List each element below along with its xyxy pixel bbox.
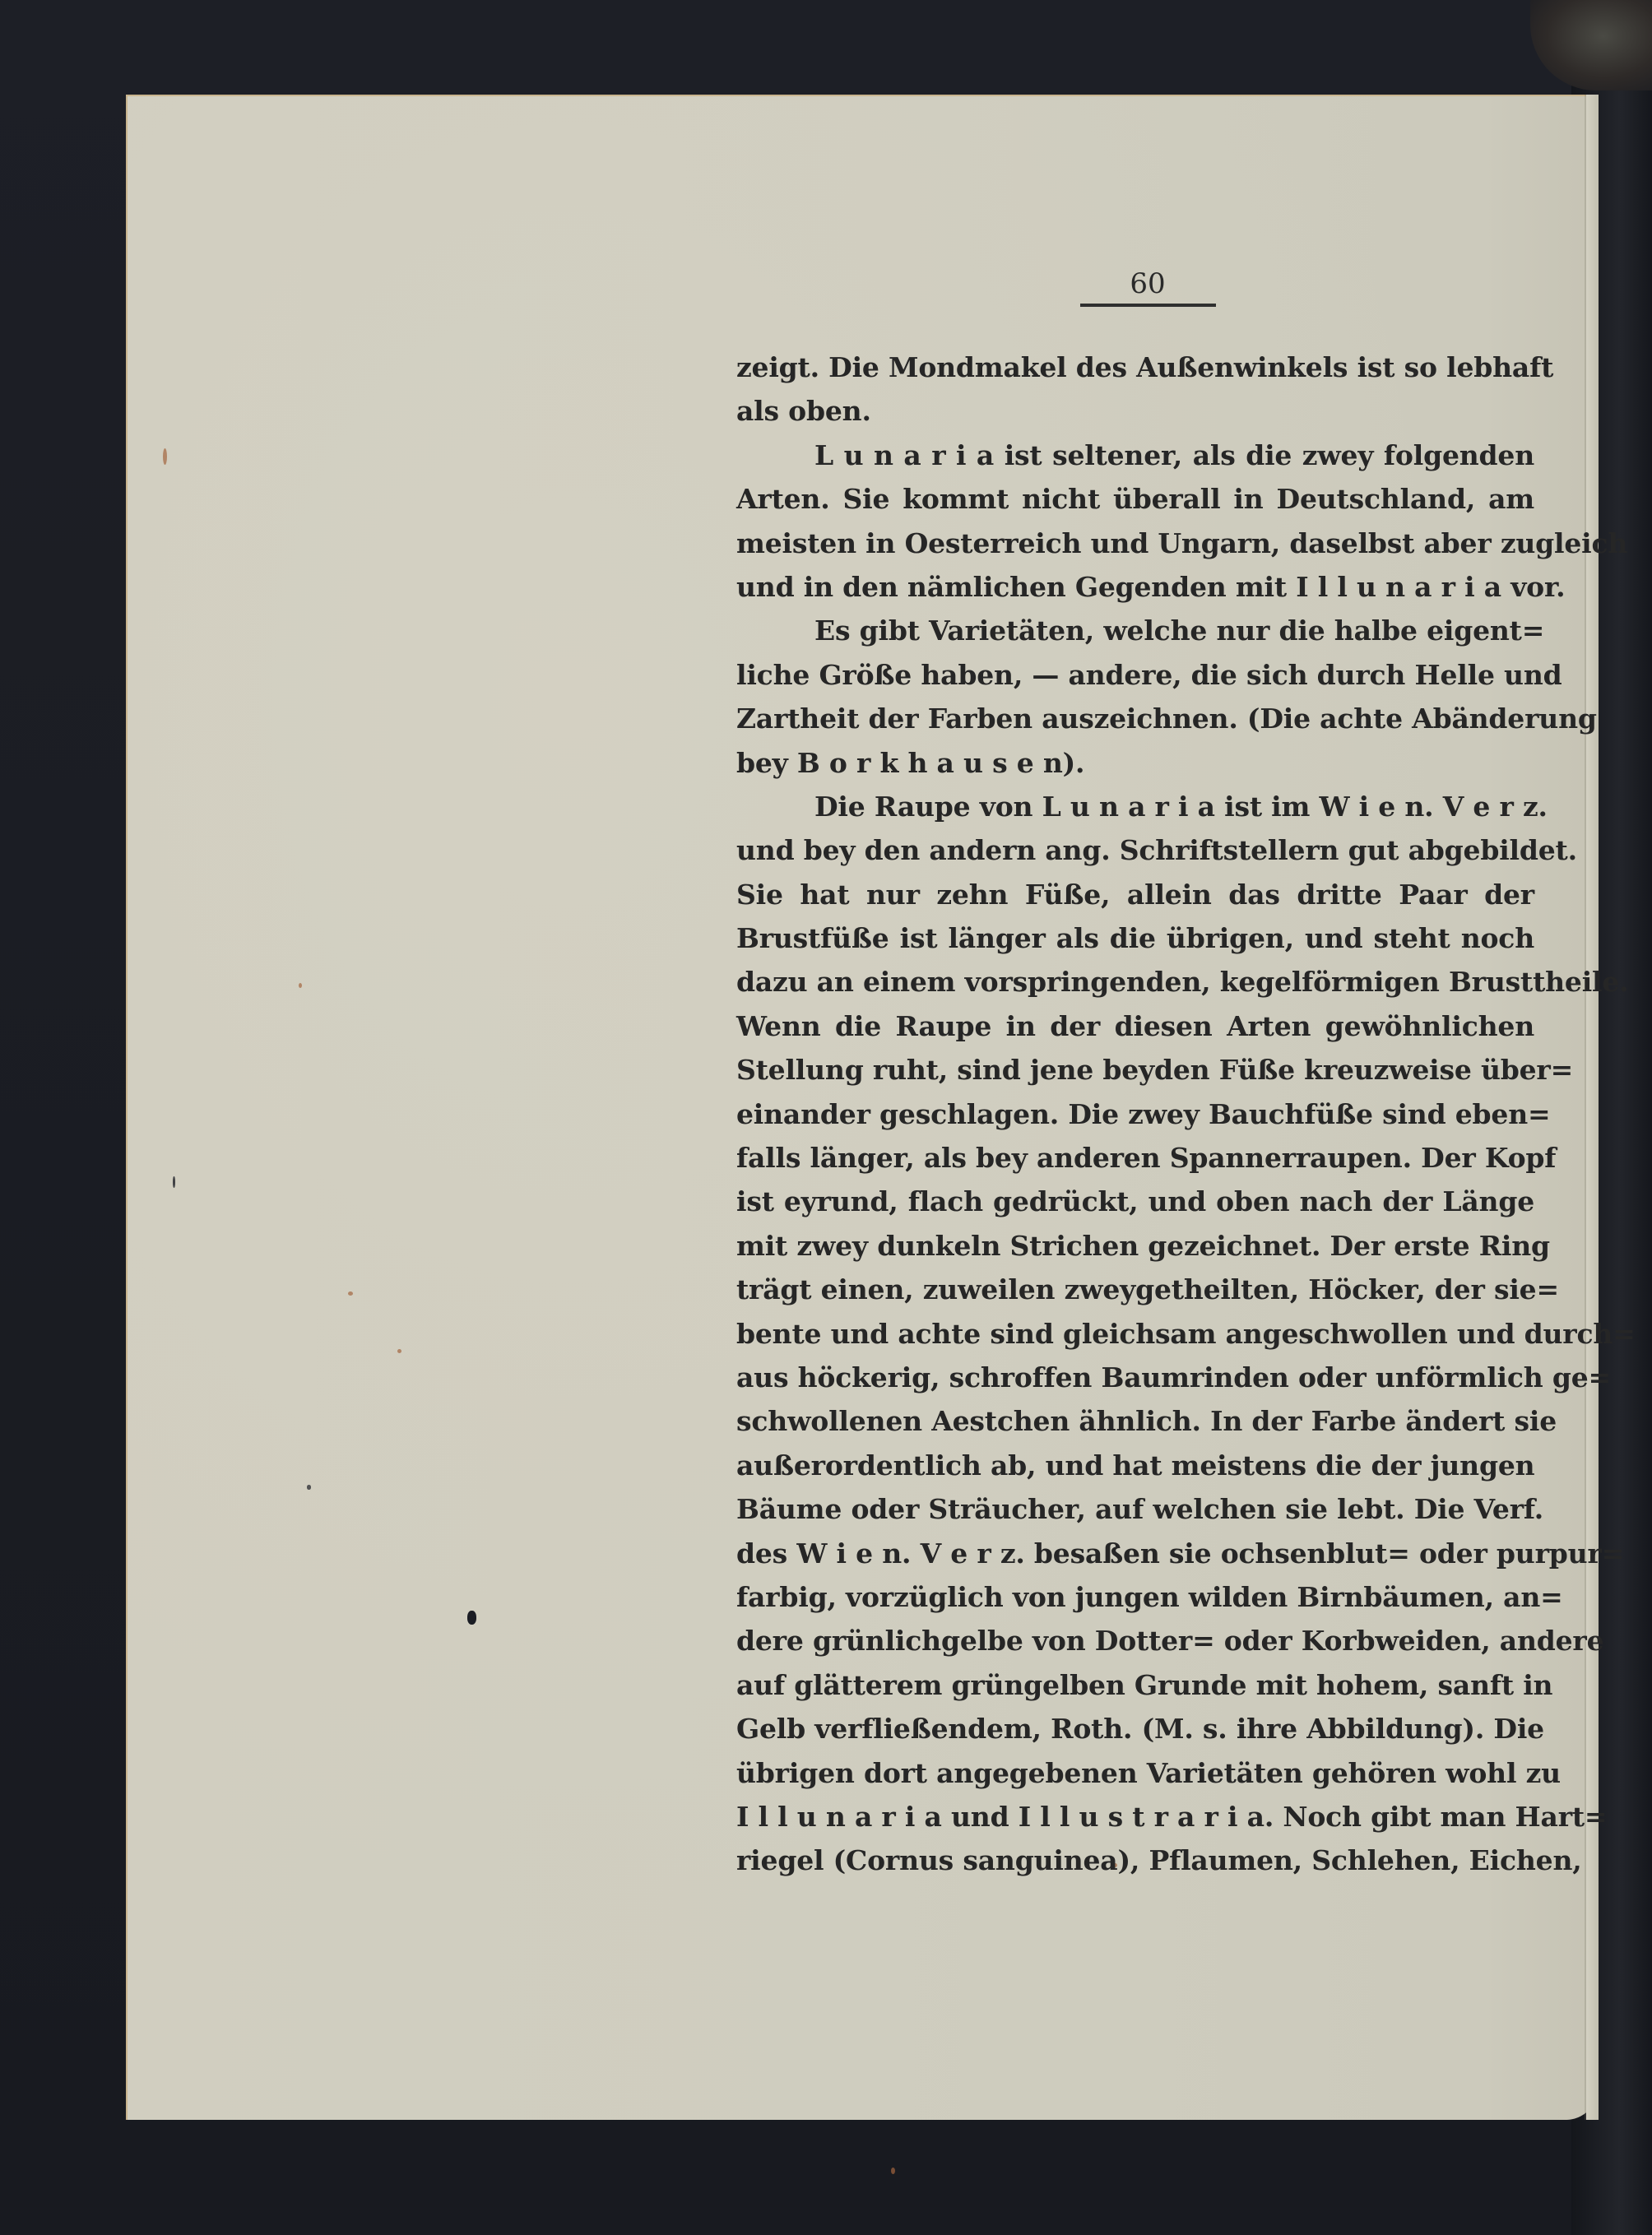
ink-blot [173,1176,175,1188]
text-line: Arten. Sie kommt nicht überall in Deutsc… [736,477,1534,521]
text-line: riegel (Cornus sanguinea), Pflaumen, Sch… [736,1839,1534,1882]
text-line: falls länger, als bey anderen Spannerrau… [736,1136,1534,1180]
page-number: 60 [1078,267,1218,300]
text-line: Die Raupe von L u n a r i a ist im W i e… [736,785,1534,828]
paper-speck [163,448,167,465]
ink-blot [307,1485,311,1490]
text-line: schwollenen Aestchen ähnlich. In der Far… [736,1399,1534,1443]
paper-speck [397,1349,401,1353]
text-line: ist eyrund, flach gedrückt, und oben nac… [736,1180,1534,1223]
paper-speck [299,983,302,988]
paper-speck [891,2168,895,2174]
text-line: Stellung ruht, sind jene beyden Füße kre… [736,1048,1534,1092]
text-line: farbig, vorzüglich von jungen wilden Bir… [736,1575,1534,1619]
text-line: I l l u n a r i a und I l l u s t r a r … [736,1795,1534,1839]
page-header: 60 [1078,267,1218,307]
text-line: auf glätterem grüngelben Grunde mit hohe… [736,1663,1534,1707]
text-line: Zartheit der Farben auszeichnen. (Die ac… [736,697,1534,740]
text-line: bey B o r k h a u s e n). [736,741,1534,785]
text-line: übrigen dort angegebenen Varietäten gehö… [736,1751,1534,1795]
text-line: L u n a r i a ist seltener, als die zwey… [736,434,1534,477]
book-page: 60 zeigt. Die Mondmakel des Außenwinkels… [126,95,1599,2120]
body-text: zeigt. Die Mondmakel des Außenwinkels is… [736,345,1534,1883]
text-line: dere grünlichgelbe von Dotter= oder Korb… [736,1619,1534,1662]
text-line: liche Größe haben, — andere, die sich du… [736,653,1534,697]
text-line: Bäume oder Sträucher, auf welchen sie le… [736,1487,1534,1531]
text-line: zeigt. Die Mondmakel des Außenwinkels is… [736,345,1534,389]
header-rule [1080,304,1216,307]
text-line: Brustfüße ist länger als die übrigen, un… [736,916,1534,960]
text-line: als oben. [736,389,1534,433]
text-line: einander geschlagen. Die zwey Bauchfüße … [736,1092,1534,1136]
text-line: und bey den andern ang. Schriftstellern … [736,828,1534,872]
ink-blot [467,1611,476,1625]
text-line: Sie hat nur zehn Füße, allein das dritte… [736,873,1534,916]
text-line: außerordentlich ab, und hat meistens die… [736,1444,1534,1487]
text-line: Gelb verfließendem, Roth. (M. s. ihre Ab… [736,1707,1534,1750]
text-line: Wenn die Raupe in der diesen Arten gewöh… [736,1004,1534,1048]
text-line: dazu an einem vorspringenden, kegelförmi… [736,960,1534,1004]
text-line: und in den nämlichen Gegenden mit I l l … [736,565,1534,609]
text-line: aus höckerig, schroffen Baumrinden oder … [736,1356,1534,1399]
paper-speck [348,1291,353,1296]
text-line: des W i e n. V e r z. besaßen sie ochsen… [736,1532,1534,1575]
text-line: bente und achte sind gleichsam angeschwo… [736,1312,1534,1356]
text-line: mit zwey dunkeln Strichen gezeichnet. De… [736,1224,1534,1268]
text-line: trägt einen, zuweilen zweygetheilten, Hö… [736,1268,1534,1311]
text-line: Es gibt Varietäten, welche nur die halbe… [736,609,1534,652]
text-line: meisten in Oesterreich und Ungarn, dasel… [736,522,1534,565]
